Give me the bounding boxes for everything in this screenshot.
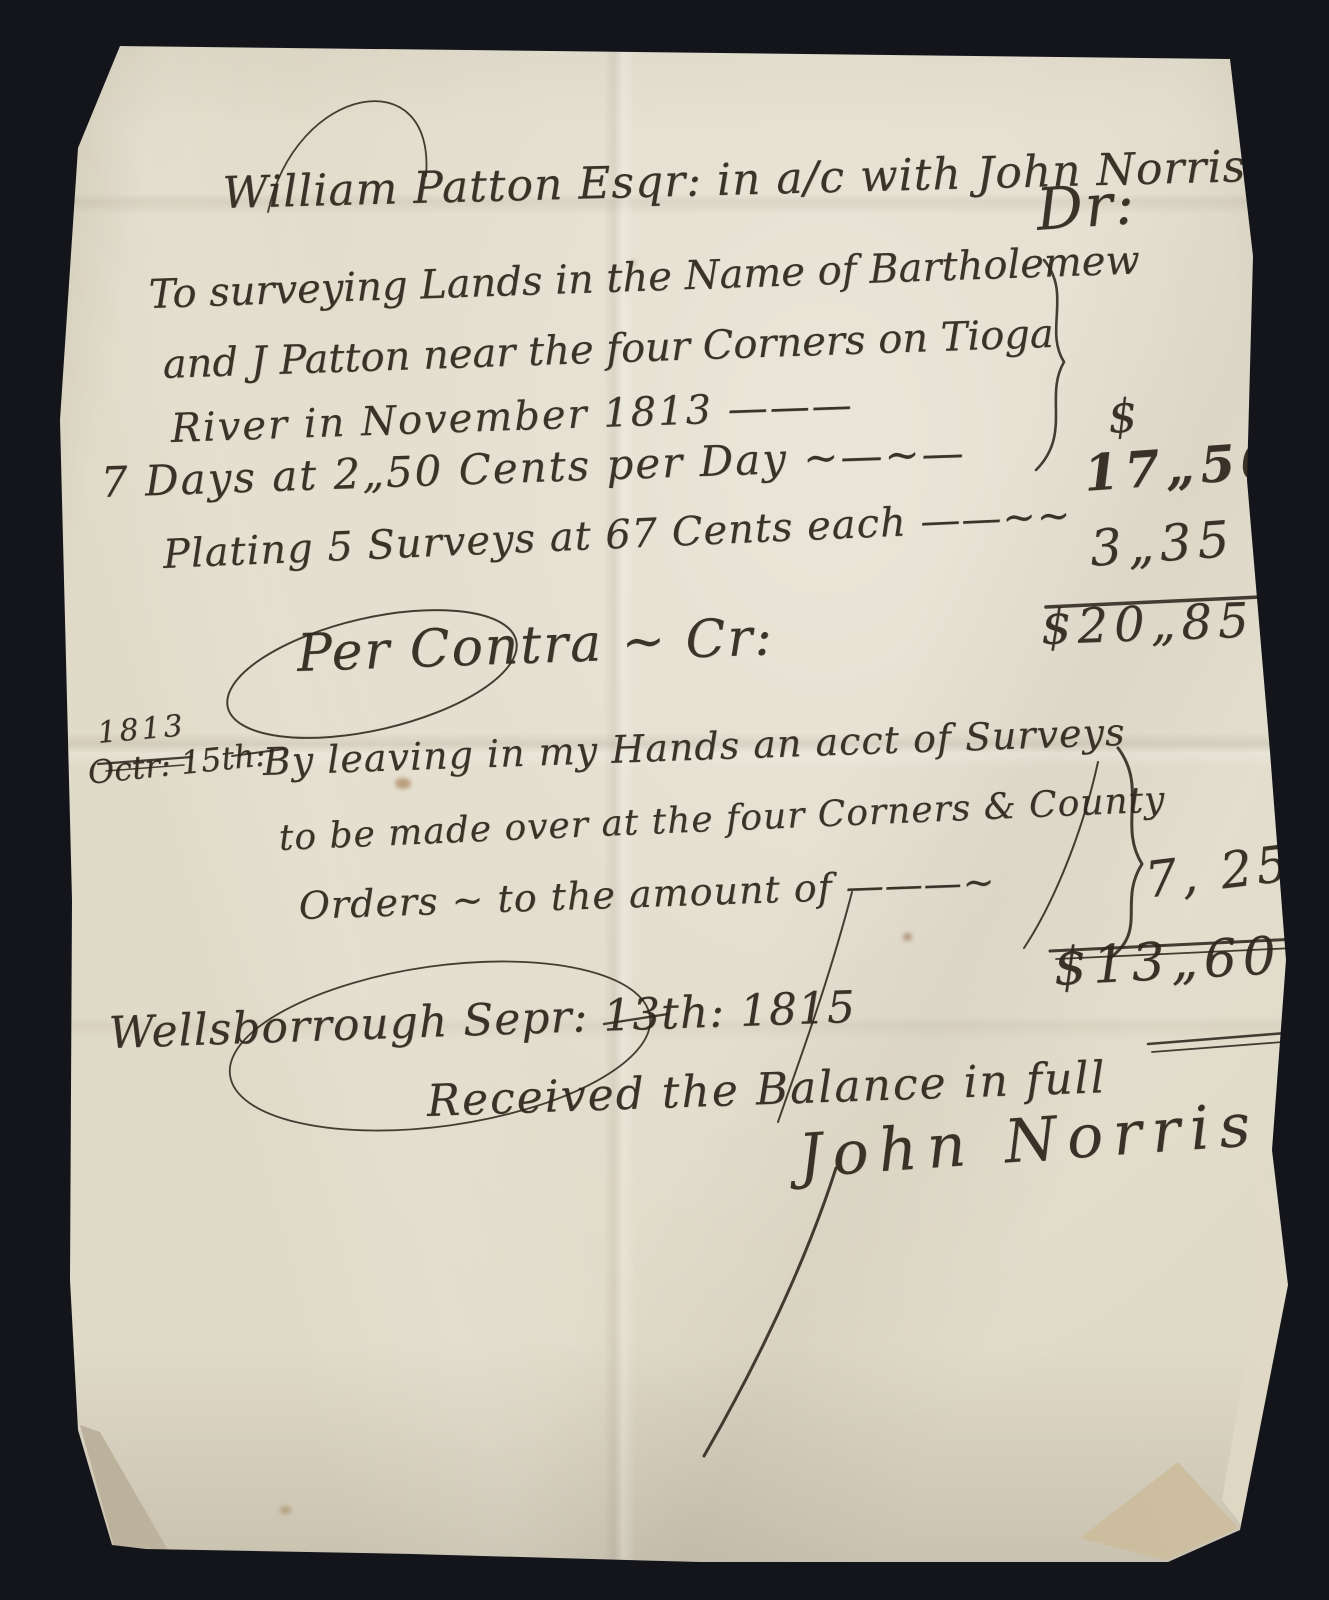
balance-rule (1148, 1030, 1324, 1044)
signature-descender (704, 1168, 836, 1456)
foxing-spot (280, 1506, 291, 1514)
line-item-amount: 17„50 (1082, 430, 1284, 503)
balance-total: $13„60 (1052, 926, 1283, 998)
foxing-spot (903, 933, 912, 941)
debit-total: $20„85 (1040, 593, 1255, 656)
contra-entry-line-3: Orders ~ to the amount of ———~ (298, 860, 996, 928)
line-item-amount: 3„35 (1088, 510, 1237, 578)
debit-entry-line-1: To surveying Lands in the Name of Bartho… (148, 237, 1140, 318)
line-item-text: Plating 5 Surveys at 67 Cents each ——~~ (162, 492, 1072, 578)
document-paper: William Patton Esqr: in a/c with John No… (0, 0, 1329, 1600)
debit-entry-line-2: and J Patton near the four Corners on Ti… (162, 311, 1054, 388)
foxing-spot (395, 778, 411, 789)
contra-amount: 7, 25 (1142, 834, 1295, 910)
contra-entry-line-1: By leaving in my Hands an acct of Survey… (262, 710, 1126, 784)
photo-background: William Patton Esqr: in a/c with John No… (0, 0, 1329, 1600)
balance-rule (1152, 1039, 1322, 1052)
contra-entry-line-2: to be made over at the four Corners & Co… (278, 779, 1166, 859)
contra-heading: Per Contra ~ Cr: (296, 607, 775, 684)
currency-symbol: $ (1106, 388, 1139, 444)
place-date-line: Wellsborrough Sepr: 13th: 1815 (108, 982, 857, 1059)
debit-label: Dr: (1034, 169, 1138, 244)
brace-icon (1036, 260, 1064, 470)
